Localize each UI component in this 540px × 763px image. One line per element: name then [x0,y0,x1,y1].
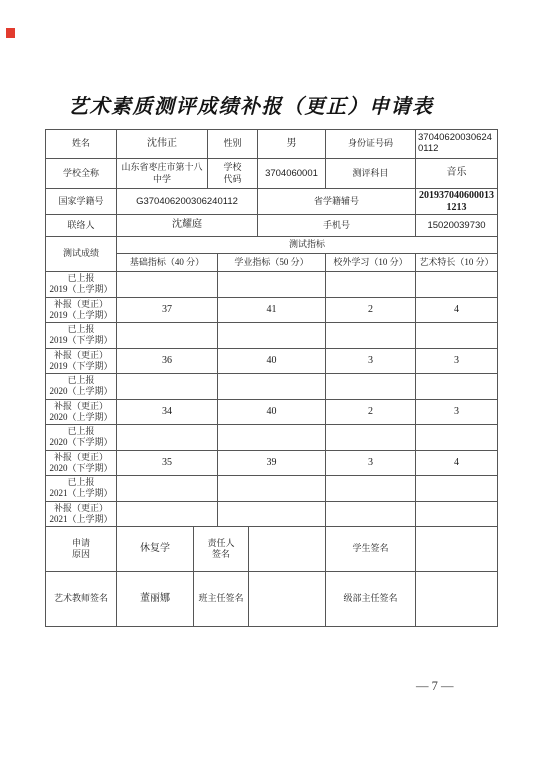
score-cell [117,323,218,349]
score-row-label: 补报（更正） 2020（下学期） [46,450,117,476]
score-row-label: 补报（更正） 2020（上学期） [46,399,117,425]
score-row: 已上报 2019（上学期） [46,272,498,298]
score-cell [326,272,416,298]
score-cell: 36 [117,348,218,374]
contact-value: 沈耀庭 [117,215,258,237]
score-row-label: 已上报 2020（下学期） [46,425,117,451]
score-cell [218,476,326,502]
art-teacher-signature-value: 董丽娜 [117,572,194,627]
class-teacher-signature-value [249,572,326,627]
score-cell: 2 [326,297,416,323]
score-row: 已上报 2020（下学期） [46,425,498,451]
national-id-value: G370406200306240112 [117,189,258,215]
score-cell [218,501,326,527]
score-cell [326,374,416,400]
score-cell: 2 [326,399,416,425]
score-cell: 3 [416,399,498,425]
score-cell: 4 [416,450,498,476]
score-cell: 41 [218,297,326,323]
school-value: 山东省枣庄市第十八中学 [117,159,208,189]
score-cell [326,501,416,527]
red-marker [6,28,15,38]
score-cell: 34 [117,399,218,425]
reason-value: 休复学 [117,527,194,572]
phone-value: 15020039730 [416,215,498,237]
row-contact: 联络人 沈耀庭 手机号 15020039730 [46,215,498,237]
score-row: 已上报 2021（上学期） [46,476,498,502]
score-section-label: 测试成绩 [46,237,117,272]
responsible-signature-value [249,527,326,572]
row-school: 学校全称 山东省枣庄市第十八中学 学校 代码 3704060001 测评科目 音… [46,159,498,189]
gender-value: 男 [258,130,326,159]
gender-label: 性别 [208,130,258,159]
row-teacher-signature: 艺术教师签名 董丽娜 班主任签名 级部主任签名 [46,572,498,627]
score-row: 补报（更正） 2019（下学期） 36 40 3 3 [46,348,498,374]
class-teacher-signature-label: 班主任签名 [194,572,249,627]
score-cell [326,323,416,349]
score-cell: 35 [117,450,218,476]
score-cell [326,425,416,451]
score-cell: 3 [326,450,416,476]
score-cell [117,272,218,298]
score-cell: 40 [218,399,326,425]
score-cell: 4 [416,297,498,323]
score-row: 补报（更正） 2020（下学期） 35 39 3 4 [46,450,498,476]
student-signature-label: 学生签名 [326,527,416,572]
id-value: 370406200306240112 [416,130,498,159]
row-national-id: 国家学籍号 G370406200306240112 省学籍辅号 20193704… [46,189,498,215]
score-cell [416,501,498,527]
art-teacher-signature-label: 艺术教师签名 [46,572,117,627]
row-score-header: 测试成绩 测试指标 [46,237,498,254]
contact-label: 联络人 [46,215,117,237]
application-form-table: 姓名 沈伟正 性别 男 身份证号码 370406200306240112 学校全… [45,129,498,627]
score-cell: 3 [416,348,498,374]
school-code-label: 学校 代码 [208,159,258,189]
score-cell [416,476,498,502]
reason-label: 申请 原因 [46,527,117,572]
grade-director-signature-value [416,572,498,627]
score-row-label: 补报（更正） 2019（下学期） [46,348,117,374]
score-cell [218,425,326,451]
score-cell [218,374,326,400]
score-row: 补报（更正） 2021（上学期） [46,501,498,527]
score-cell [218,272,326,298]
score-row-label: 已上报 2020（上学期） [46,374,117,400]
subject-value: 音乐 [416,159,498,189]
score-col-talent: 艺术特长（10 分） [416,254,498,272]
score-cell [218,323,326,349]
subject-label: 测评科目 [326,159,416,189]
score-cell [117,501,218,527]
score-cell [416,374,498,400]
name-value: 沈伟正 [117,130,208,159]
school-code-value: 3704060001 [258,159,326,189]
score-row: 补报（更正） 2019（上学期） 37 41 2 4 [46,297,498,323]
score-cell [117,476,218,502]
page-number: — 7 — [416,679,454,694]
row-name: 姓名 沈伟正 性别 男 身份证号码 370406200306240112 [46,130,498,159]
row-reason: 申请 原因 休复学 责任人 签名 学生签名 [46,527,498,572]
score-row: 已上报 2020（上学期） [46,374,498,400]
score-cell [416,323,498,349]
score-row-label: 已上报 2019（下学期） [46,323,117,349]
score-col-outside: 校外学习（10 分） [326,254,416,272]
score-cell [117,425,218,451]
score-cell [117,374,218,400]
name-label: 姓名 [46,130,117,159]
score-col-basic: 基础指标（40 分） [117,254,218,272]
responsible-signature-label: 责任人 签名 [194,527,249,572]
score-row-label: 已上报 2021（上学期） [46,476,117,502]
school-label: 学校全称 [46,159,117,189]
score-row: 已上报 2019（下学期） [46,323,498,349]
score-cell: 37 [117,297,218,323]
document-sheet: 艺术素质测评成绩补报（更正）申请表 姓名 沈伟正 性别 男 身份证号码 3704… [0,0,540,763]
score-cell: 40 [218,348,326,374]
grade-director-signature-label: 级部主任签名 [326,572,416,627]
score-row-label: 补报（更正） 2021（上学期） [46,501,117,527]
province-id-value: 2019370406000131213 [416,189,498,215]
score-cell: 39 [218,450,326,476]
province-id-label: 省学籍辅号 [258,189,416,215]
score-row-label: 已上报 2019（上学期） [46,272,117,298]
score-indicator-header: 测试指标 [117,237,498,254]
score-col-academic: 学业指标（50 分） [218,254,326,272]
phone-label: 手机号 [258,215,416,237]
score-row-label: 补报（更正） 2019（上学期） [46,297,117,323]
id-label: 身份证号码 [326,130,416,159]
score-cell [326,476,416,502]
score-cell: 3 [326,348,416,374]
score-cell [416,272,498,298]
document-title: 艺术素质测评成绩补报（更正）申请表 [68,90,434,119]
national-id-label: 国家学籍号 [46,189,117,215]
student-signature-value [416,527,498,572]
score-cell [416,425,498,451]
score-row: 补报（更正） 2020（上学期） 34 40 2 3 [46,399,498,425]
